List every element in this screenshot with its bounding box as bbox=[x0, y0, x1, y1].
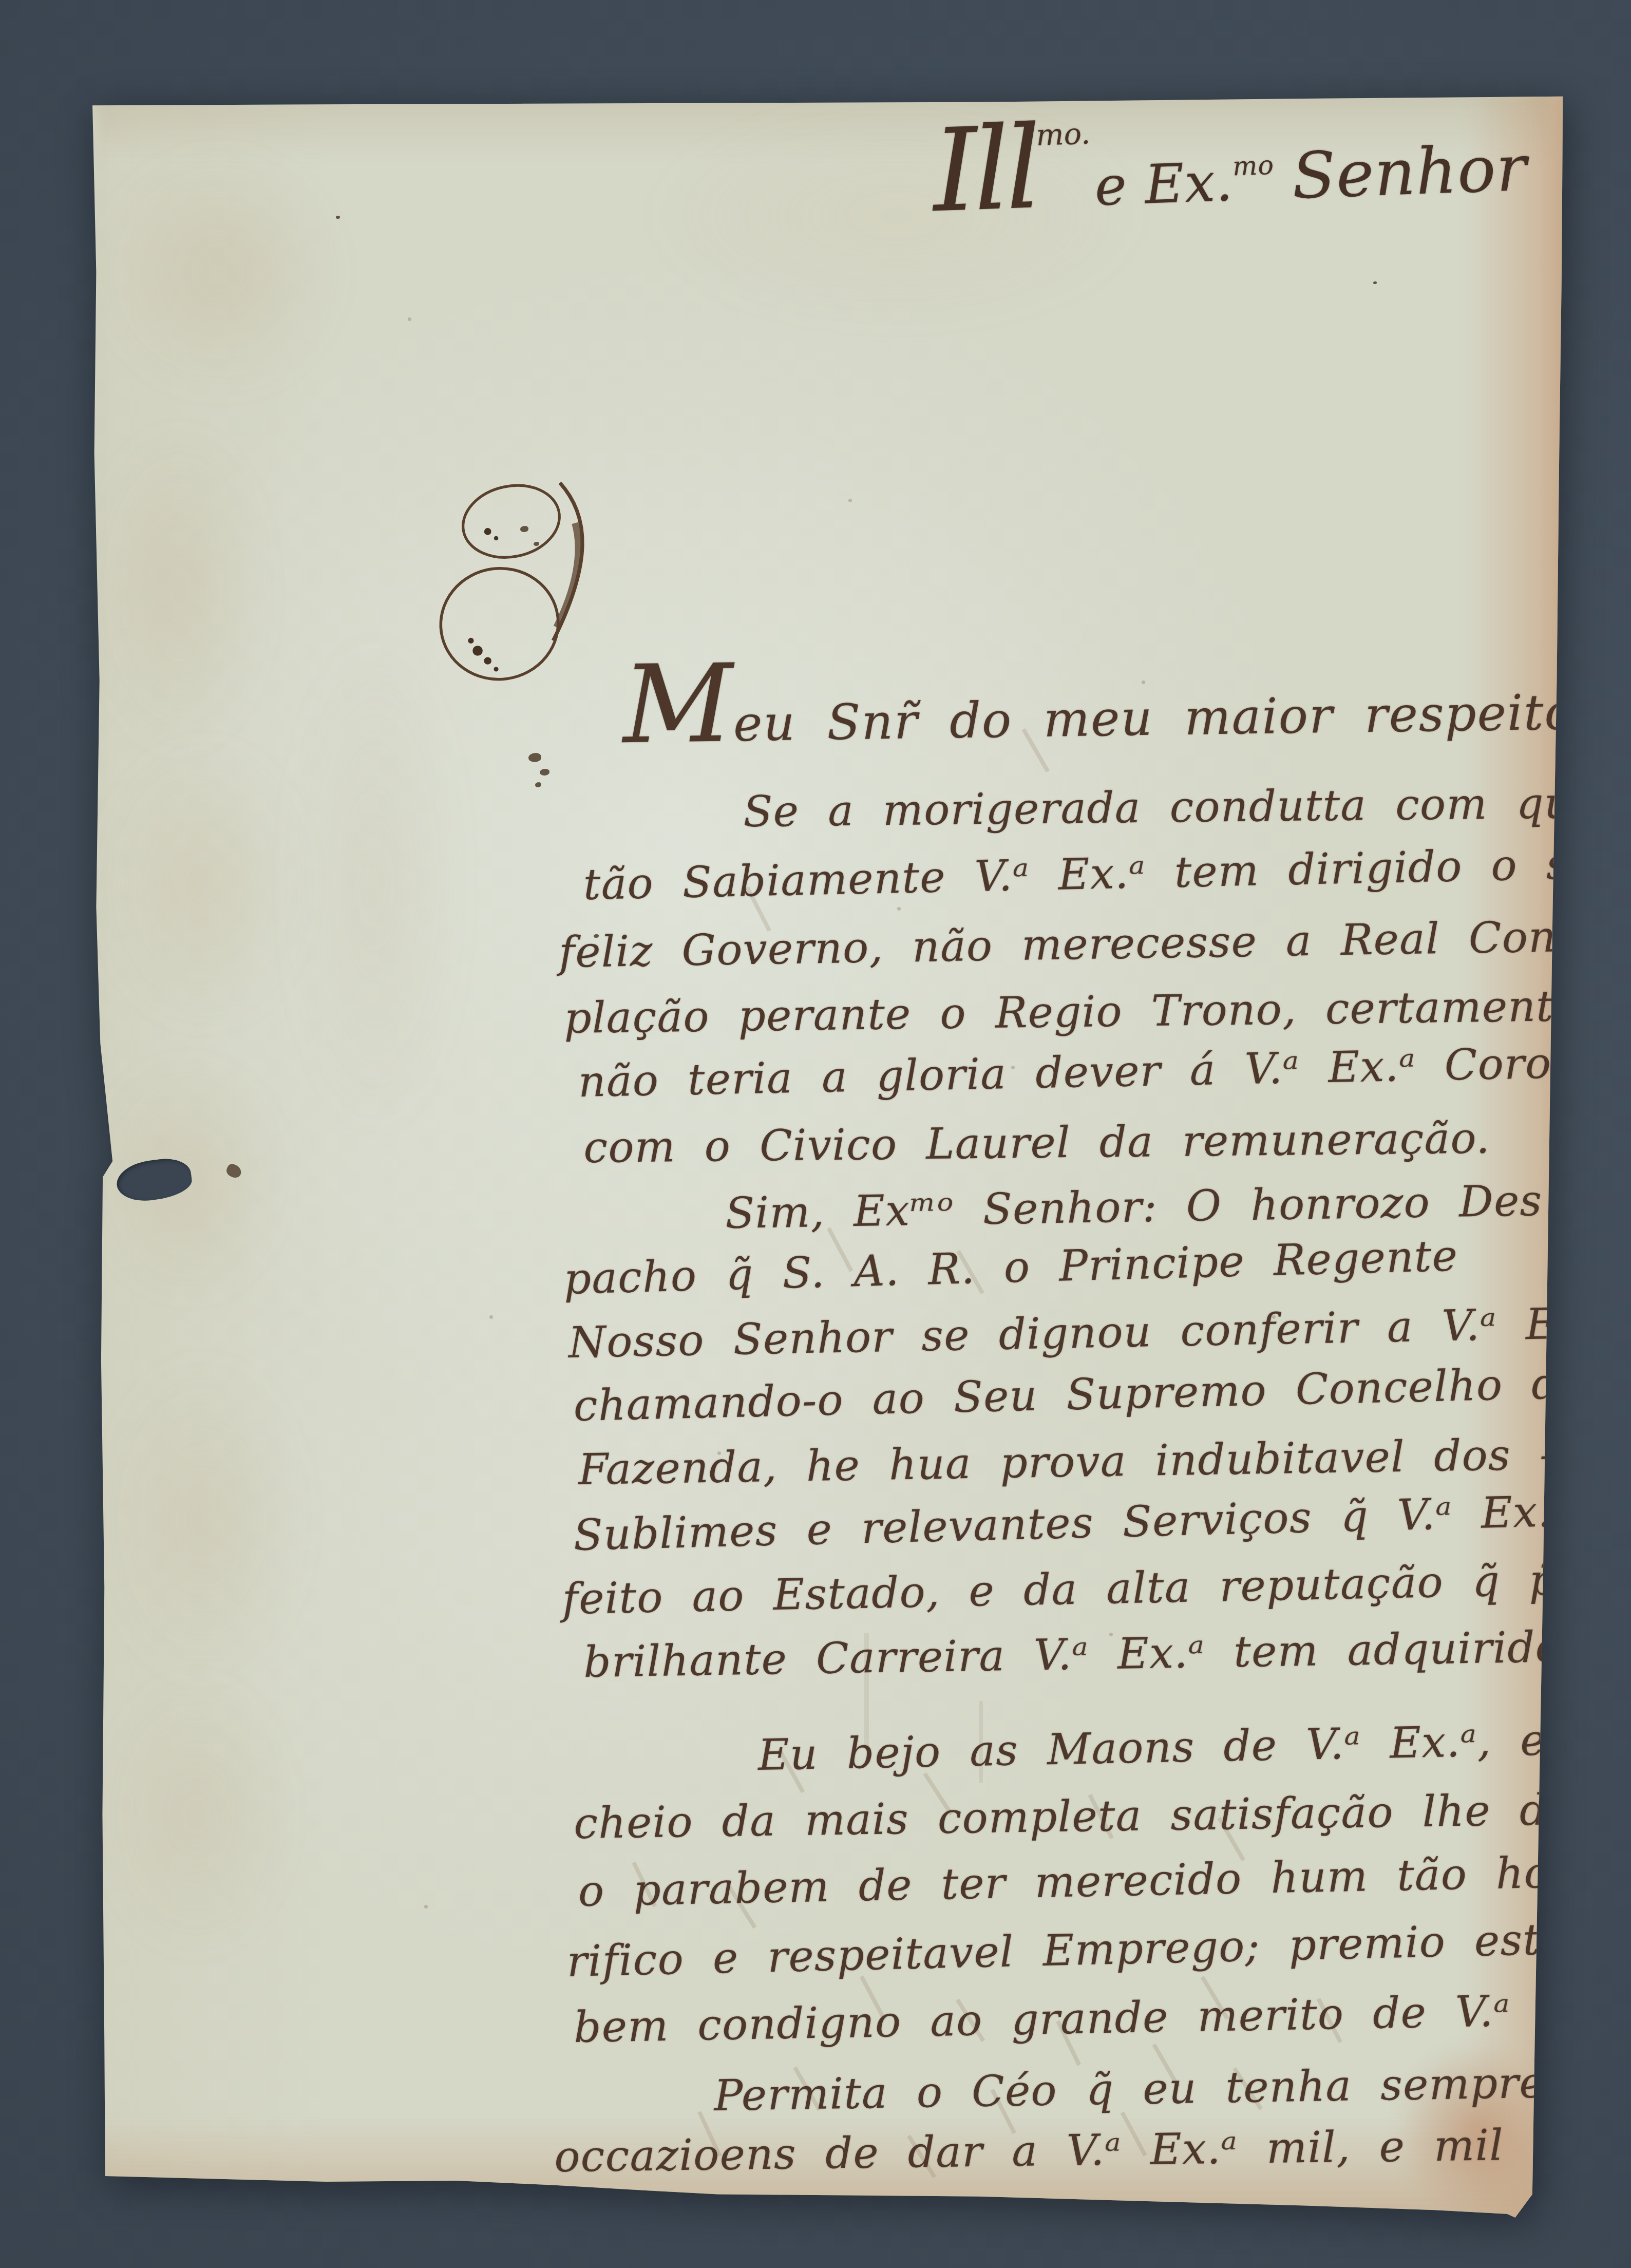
water-stain bbox=[98, 431, 261, 748]
heading-rest: e Ex.mo Senhor bbox=[1094, 140, 1528, 218]
heading-monogram-superscript: mo. bbox=[1035, 117, 1091, 153]
salutation-initial: M bbox=[622, 672, 733, 738]
photo-of-letter: Illmo. e Ex.mo Senhor Me bbox=[0, 0, 1631, 2268]
ink-speck bbox=[528, 753, 541, 762]
letter-line: com o Civico Laurel da remuneração. bbox=[583, 1113, 1490, 1172]
heading-senhor: Senhor bbox=[1291, 131, 1529, 214]
ink-speck bbox=[540, 769, 549, 776]
water-stain bbox=[106, 1361, 301, 1678]
heading-excellency-superscript: mo bbox=[1232, 150, 1275, 182]
paper-sheet-wrap: Illmo. e Ex.mo Senhor Me bbox=[0, 0, 1631, 2268]
heading-conjunction: e bbox=[1094, 154, 1128, 218]
heading-monogram: Illmo. bbox=[931, 100, 1094, 238]
water-stain bbox=[106, 159, 334, 386]
foxing-fleck bbox=[848, 499, 852, 502]
foxing-fleck bbox=[489, 1315, 493, 1319]
water-stain bbox=[106, 1678, 285, 1951]
letter-line: Se a morigerada condutta com que bbox=[743, 778, 1599, 837]
ink-speck bbox=[336, 216, 340, 219]
heading-excellency: Ex. bbox=[1144, 150, 1234, 216]
water-stain bbox=[106, 748, 301, 1020]
paper-sheet: Illmo. e Ex.mo Senhor Me bbox=[0, 0, 1631, 2268]
letter-heading: Illmo. e Ex.mo Senhor bbox=[931, 94, 1528, 229]
salutation-line: Meu Snr̃ do meu maior respeito. bbox=[622, 660, 1591, 754]
